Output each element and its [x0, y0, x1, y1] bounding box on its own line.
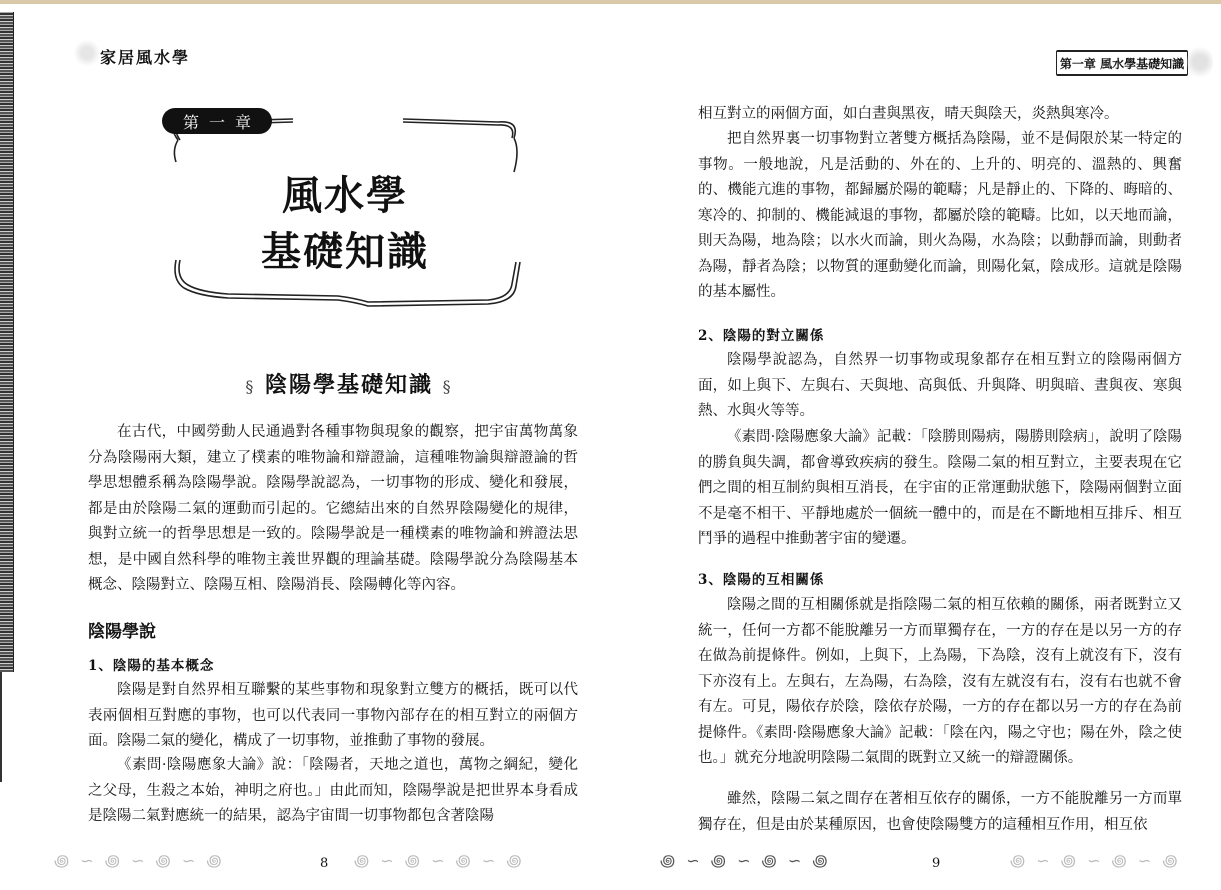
ornament-icon: [1187, 44, 1213, 80]
paragraph-7: 雖然，陰陽二氣之間存在著相互依存的關係，一方不能脫離另一方而單獨存在，但是由於某…: [698, 787, 1182, 838]
chapter-title-line-1: 風水學: [164, 168, 526, 224]
left-page: 家居風水學 第一章 風水學 基礎知識 § 陰陽學基礎知識 § 在古代，中國勞動人…: [14, 0, 610, 890]
footer-ornament-icon: ꩜ ∽ ꩜ ∽ ꩜ ∽ ꩜: [660, 848, 920, 872]
intro-paragraph: 在古代，中國勞動人民通過對各種事物與現象的觀察，把宇宙萬物萬象分為陰陽兩大類，建…: [88, 420, 578, 599]
running-head-right: 第一章 風水學基礎知識: [1056, 50, 1188, 76]
paragraph-3: 把自然界裏一切事物對立著雙方概括為陰陽，並不是侷限於某一特定的事物。一般地說，凡…: [698, 127, 1182, 306]
book-binding-edge: [0, 12, 14, 672]
running-head-text: 家居風水學: [100, 48, 190, 67]
sub-heading-2: 2、陰陽的對立關係: [698, 324, 824, 344]
paragraph-5: 《素問·陰陽應象大論》記載：「陰勝則陽病，陽勝則陰病」，說明了陰陽的勝負與失調，…: [698, 425, 1182, 553]
right-scroll-ornament-icon: §: [443, 377, 453, 396]
footer-ornament-icon: ꩜ ∽ ꩜ ∽ ꩜ ∽ ꩜: [54, 848, 304, 872]
paragraph-4: 陰陽學說認為，自然界一切事物或現象都存在相互對立的陰陽兩個方面，如上與下、左與右…: [698, 348, 1182, 425]
chapter-label: 第一章: [183, 110, 261, 133]
ornament-icon: [74, 39, 100, 67]
chapter-title-line-2: 基礎知識: [164, 224, 526, 280]
chapter-title: 風水學 基礎知識: [164, 168, 526, 280]
section-heading: § 陰陽學基礎知識 §: [214, 368, 484, 399]
paragraph-1: 陰陽是對自然界相互聯繫的某些事物和現象對立雙方的概括，既可以代表兩個相互對應的事…: [88, 678, 578, 755]
paragraph-6: 陰陽之間的互相關係就是指陰陽二氣的相互依賴的關係，兩者既對立又統一，任何一方都不…: [698, 593, 1182, 772]
paragraph-continued: 相互對立的兩個方面，如白晝與黑夜，晴天與陰天，炎熱與寒冷。: [698, 102, 1182, 128]
page-number-right: 9: [932, 856, 940, 871]
footer-ornament-icon: ꩜ ∽ ꩜ ∽ ꩜ ∽ ꩜: [354, 848, 604, 872]
page-number-left: 8: [320, 856, 328, 871]
chapter-label-badge: 第一章: [162, 108, 272, 134]
footer-ornament-icon: ꩜ ∽ ꩜ ∽ ꩜ ∽ ꩜: [1010, 848, 1210, 872]
section-heading-text: 陰陽學基礎知識: [265, 372, 433, 398]
book-binding-edge-lower: [0, 672, 2, 782]
running-head-text: 第一章 風水學基礎知識: [1060, 55, 1184, 72]
right-page: 第一章 風水學基礎知識 相互對立的兩個方面，如白晝與黑夜，晴天與陰天，炎熱與寒冷…: [610, 0, 1221, 890]
sub-heading-1: 1、陰陽的基本概念: [88, 654, 214, 674]
paragraph-2: 《素問·陰陽應象大論》說：「陰陽者，天地之道也，萬物之綱紀，變化之父母，生殺之本…: [88, 753, 578, 830]
running-head-left: 家居風水學: [100, 45, 190, 68]
major-heading: 陰陽學說: [88, 617, 156, 642]
left-scroll-ornament-icon: §: [245, 377, 255, 396]
sub-heading-3: 3、陰陽的互相關係: [698, 568, 824, 588]
